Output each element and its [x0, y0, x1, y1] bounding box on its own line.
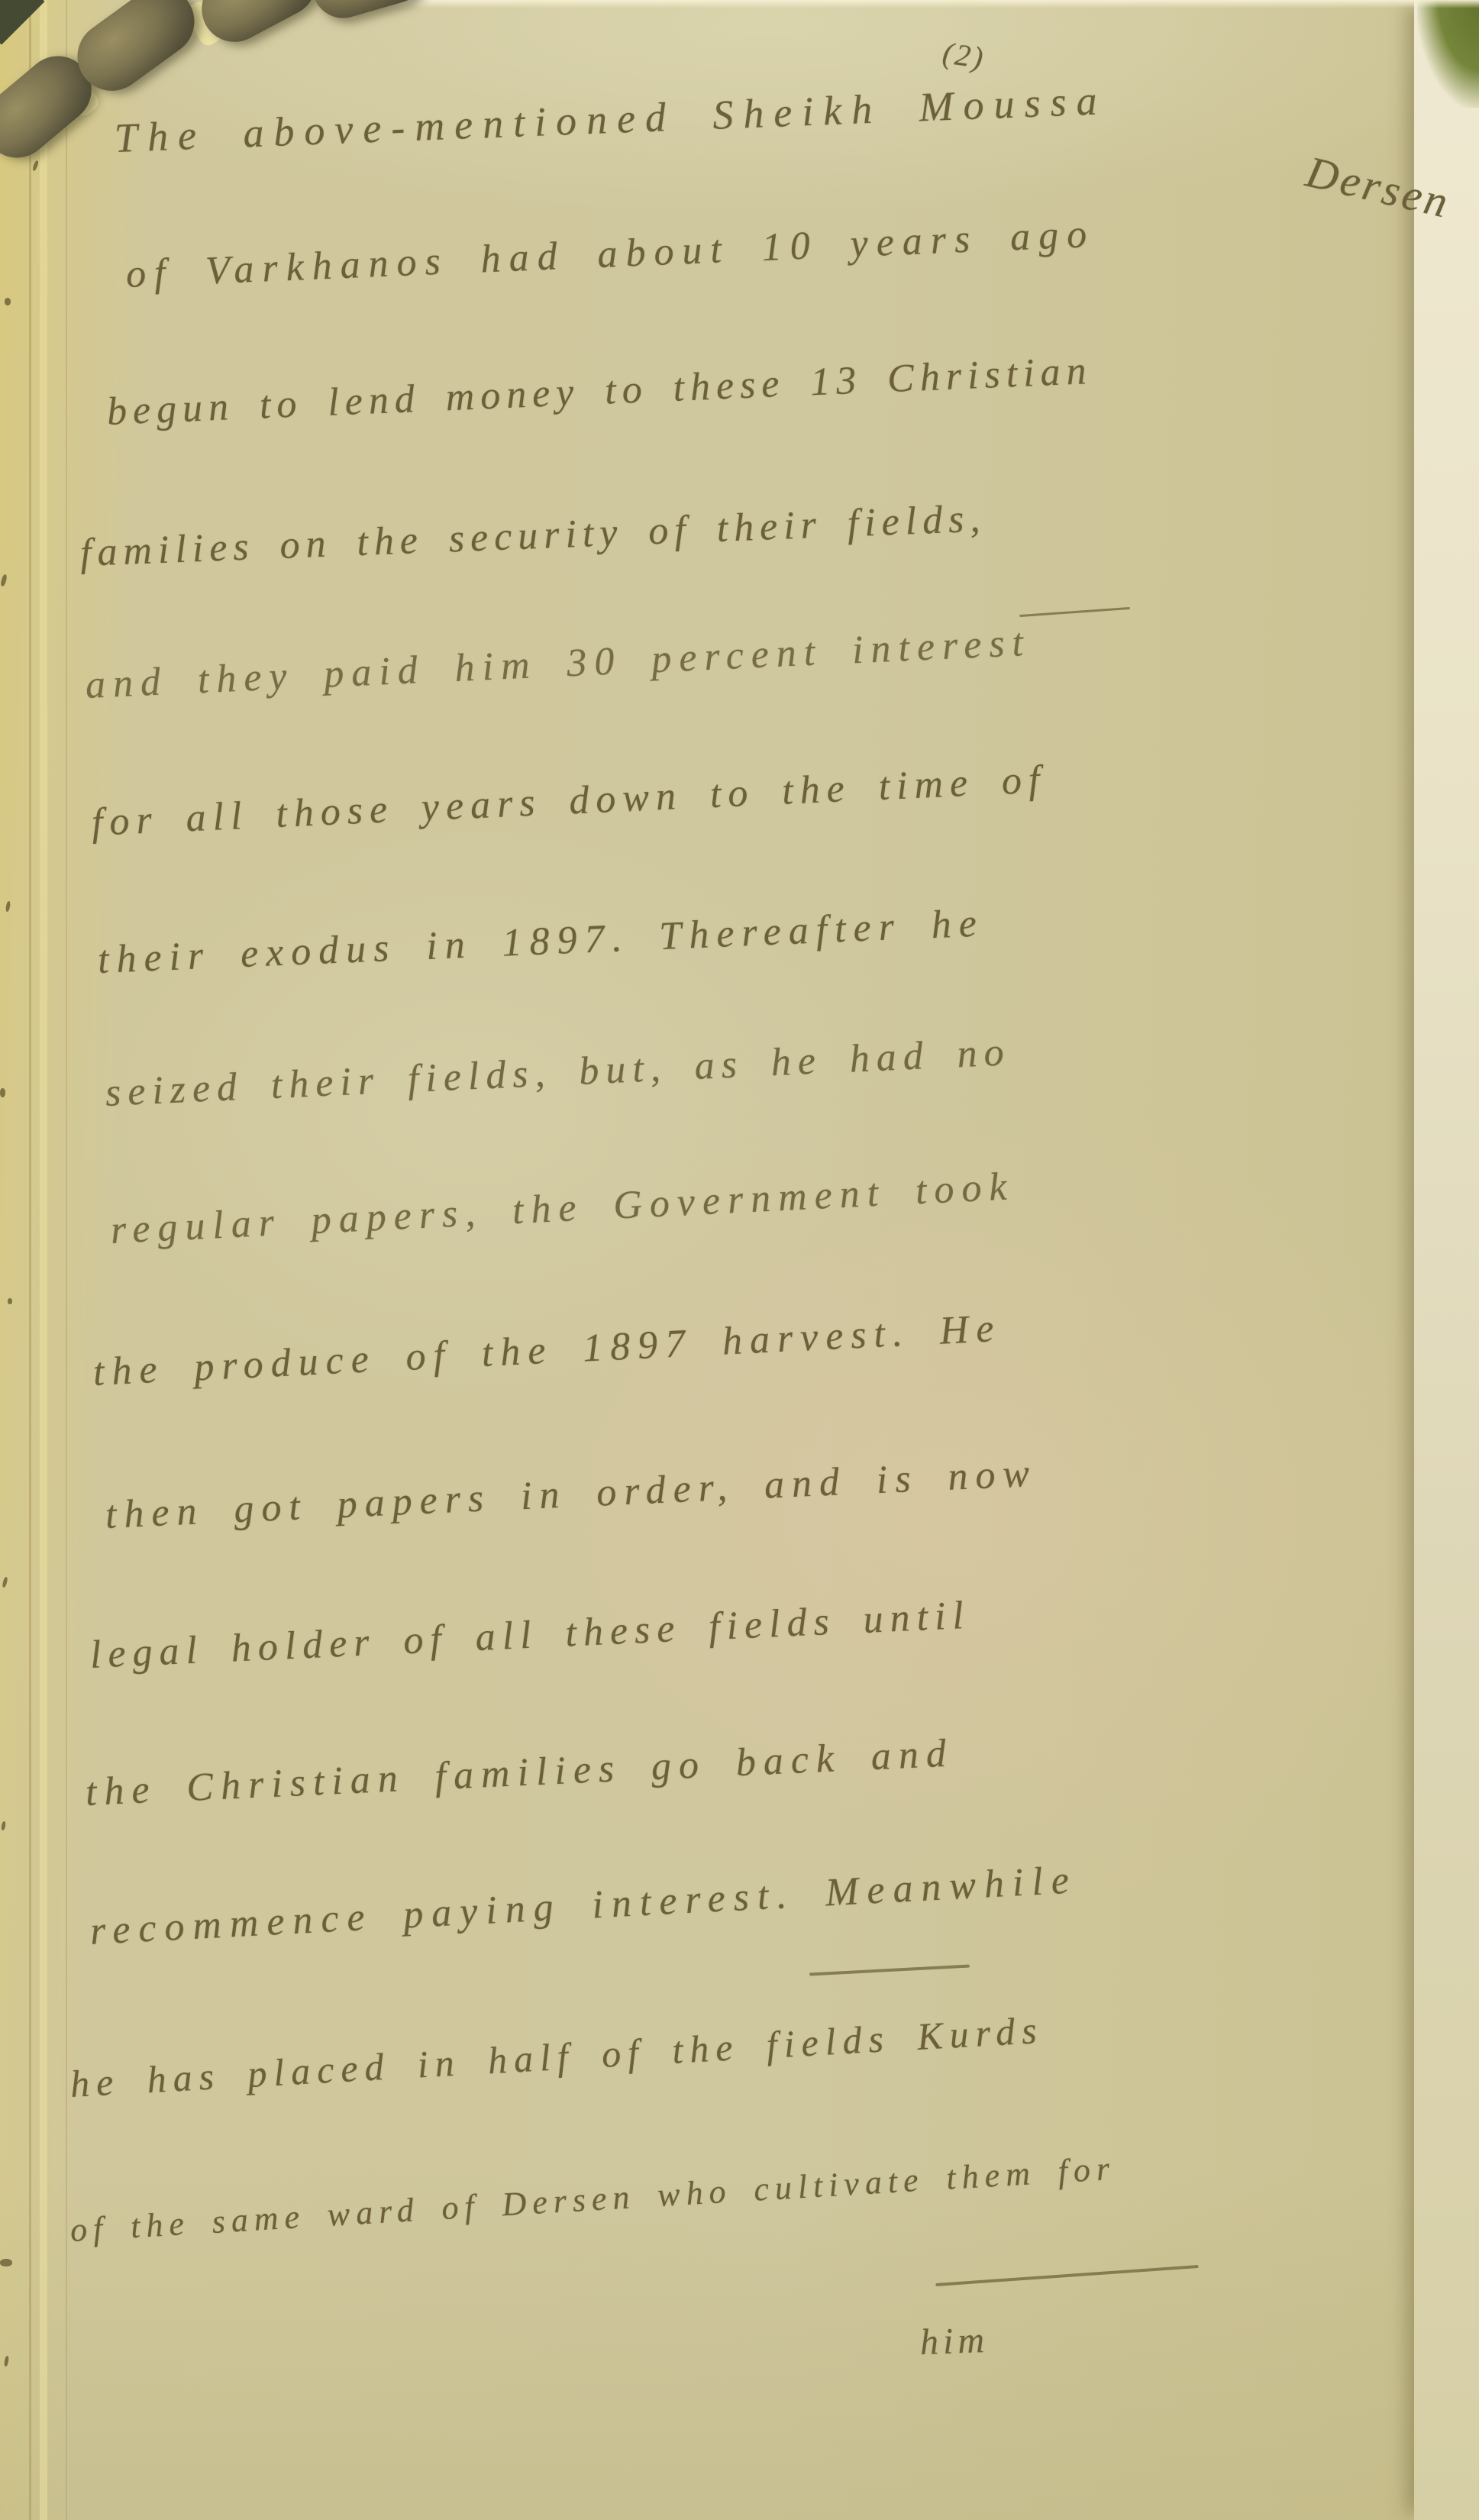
handwritten-line: recommence paying interest. Meanwhile	[89, 1857, 1078, 1954]
handwritten-line: begun to lend money to these 13 Christia…	[106, 348, 1093, 435]
ink-speck	[4, 2356, 9, 2367]
handwritten-line: the produce of the 1897 harvest. He	[92, 1306, 1003, 1395]
ink-speck	[5, 901, 11, 913]
backing-board-corner	[1417, 0, 1479, 108]
handwritten-line: regular papers, the Government took	[110, 1164, 1016, 1253]
cord-corner-shadow	[0, 0, 45, 45]
ink-speck	[0, 2259, 12, 2266]
handwritten-line: for all those years down to the time of	[91, 757, 1048, 845]
ink-speck	[32, 160, 39, 172]
handwritten-line: and they paid him 30 percent interest	[85, 620, 1032, 708]
handwritten-line: of the same ward of Dersen who cultivate…	[69, 2149, 1116, 2250]
handwritten-line: families on the security of their fields…	[79, 496, 987, 576]
handwritten-line-him: him	[919, 2319, 990, 2363]
ink-speck	[5, 298, 11, 305]
handwritten-line: he has placed in half of the fields Kurd…	[69, 2008, 1045, 2106]
binding-crease-dark-2	[66, 0, 67, 2520]
ink-speck	[1, 1821, 6, 1831]
handwritten-line: then got papers in order, and is now	[105, 1451, 1038, 1538]
binding-crease-dark-1	[29, 0, 31, 2520]
handwritten-line: their exodus in 1897. Thereafter he	[97, 900, 985, 983]
facing-page-edge	[1414, 0, 1479, 2520]
page-number: (2)	[941, 34, 988, 76]
manuscript-page: (2) Dersen The above-mentioned Sheikh Mo…	[0, 0, 1479, 2520]
ink-speck	[0, 1088, 5, 1097]
handwritten-line: the Christian families go back and	[85, 1730, 954, 1815]
ink-speck	[0, 573, 8, 586]
ink-speck	[2, 1577, 8, 1588]
handwritten-line: legal holder of all these fields until	[89, 1593, 971, 1678]
ink-speck	[8, 1298, 12, 1304]
page-top-edge	[321, 0, 1479, 8]
ink-stroke	[1019, 607, 1130, 617]
ink-stroke	[935, 2265, 1198, 2286]
ink-stroke	[809, 1965, 970, 1976]
handwritten-line: of Varkhanos had about 10 years ago	[125, 212, 1096, 297]
binding-crease-light	[40, 0, 47, 2520]
cord-bead-3	[190, 0, 328, 53]
handwritten-line: seized their fields, but, as he had no	[105, 1029, 1012, 1116]
handwritten-line: The above-mentioned Sheikh Moussa	[114, 76, 1108, 162]
